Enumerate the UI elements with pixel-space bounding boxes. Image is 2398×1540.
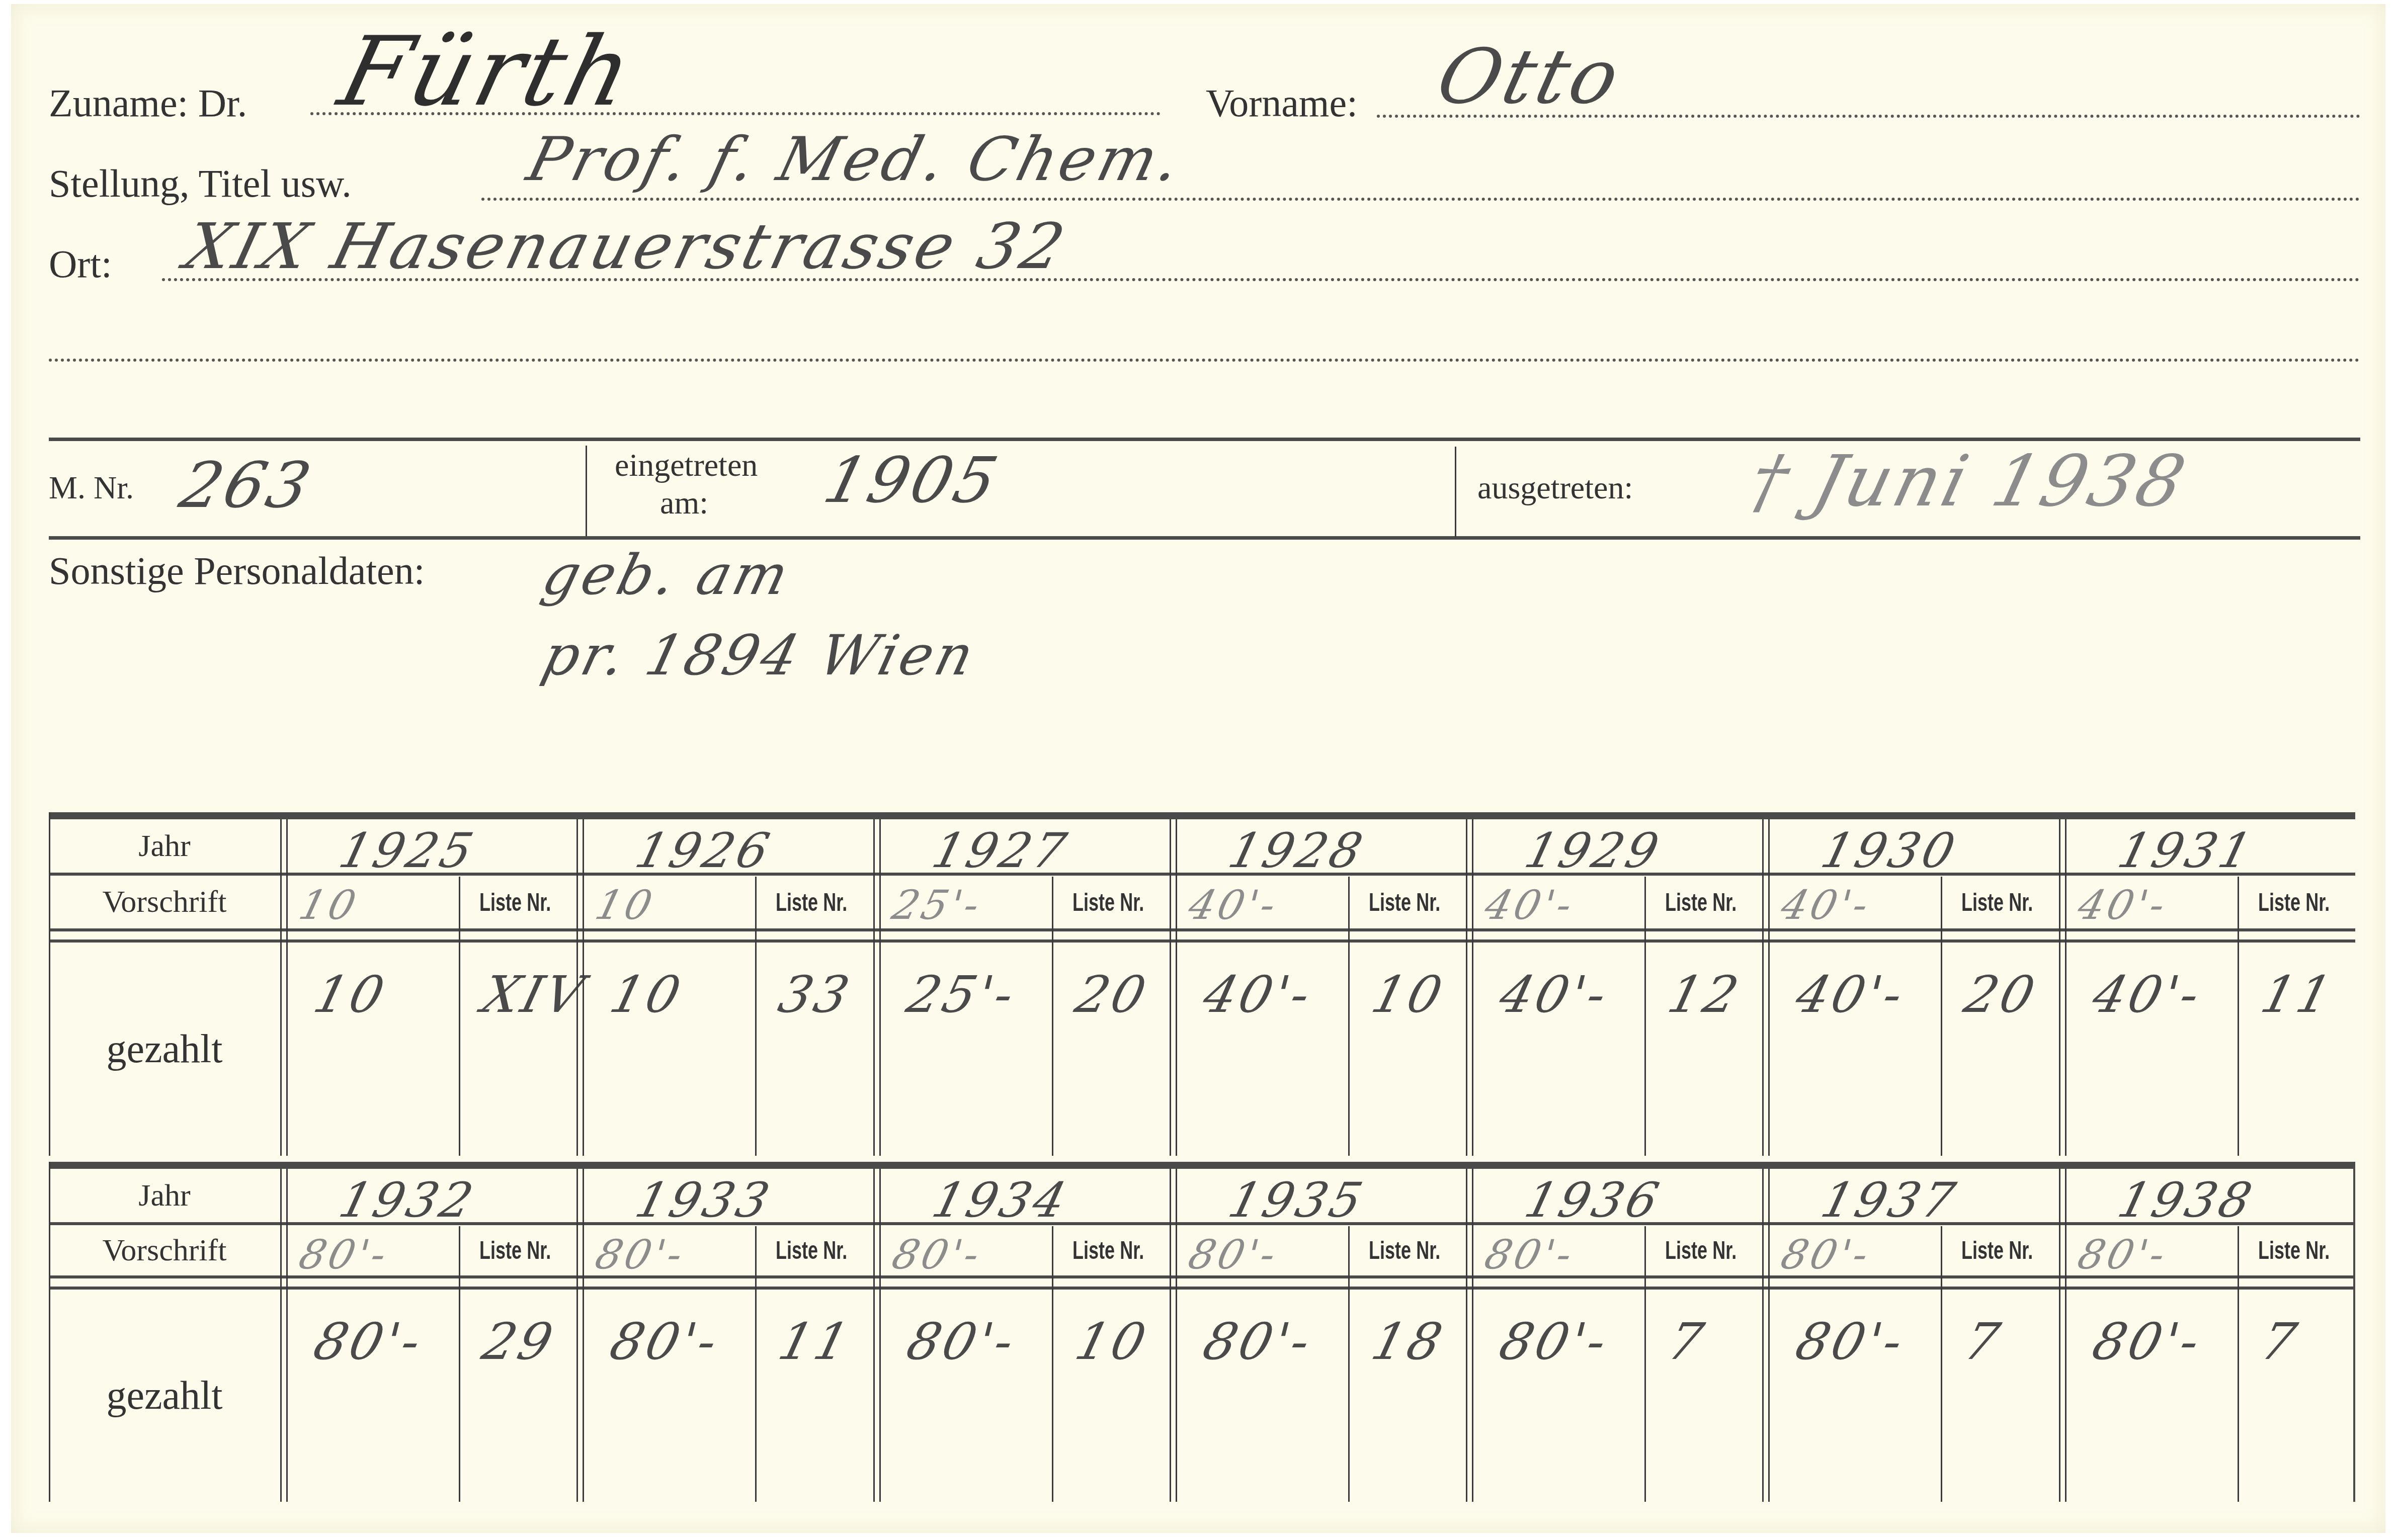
year-separator bbox=[1768, 1169, 1770, 1502]
member-no-value: 263 bbox=[174, 454, 319, 517]
year-value: 1936 bbox=[1520, 1177, 1666, 1225]
year-separator bbox=[280, 1169, 282, 1502]
prescribed-value: 10 bbox=[592, 885, 659, 925]
member-row-bottom-rule bbox=[49, 536, 2360, 540]
paid-value: 10 bbox=[606, 970, 688, 1020]
year-separator bbox=[576, 819, 578, 1156]
paid-value: 80'- bbox=[2088, 1317, 2207, 1367]
paid-value: 80'- bbox=[902, 1317, 1021, 1367]
table-right-edge bbox=[2353, 1162, 2355, 1502]
list-no-value: 7 bbox=[1960, 1317, 2008, 1367]
prescribed-value: 10 bbox=[295, 885, 363, 925]
other-data-label: Sonstige Personaldaten: bbox=[49, 551, 425, 590]
prescribed-value: 80'- bbox=[2074, 1235, 2172, 1275]
prescribed-value: 80'- bbox=[295, 1235, 393, 1275]
prescribed-value: 40'- bbox=[1481, 885, 1579, 925]
position-line bbox=[481, 198, 2360, 201]
list-no-value: 10 bbox=[1070, 1317, 1153, 1367]
year-separator bbox=[1176, 819, 1177, 1156]
list-no-header: Liste Nr. bbox=[767, 1225, 856, 1275]
member-no-label: M. Nr. bbox=[49, 472, 134, 504]
row-label-prescribed: Vorschrift bbox=[49, 1225, 280, 1275]
row-label-year: Jahr bbox=[49, 819, 280, 873]
list-no-header: Liste Nr. bbox=[471, 876, 559, 928]
year-separator bbox=[1170, 1169, 1171, 1502]
list-no-divider bbox=[1644, 1226, 1646, 1502]
year-separator bbox=[583, 1169, 584, 1502]
prescribed-value: 80'- bbox=[888, 1235, 986, 1275]
place-value: XIX Hasenauerstrasse 32 bbox=[179, 215, 1073, 278]
paid-value: 10 bbox=[309, 970, 392, 1020]
list-no-value: 33 bbox=[774, 970, 857, 1020]
list-no-divider bbox=[1348, 1226, 1350, 1502]
year-value: 1932 bbox=[335, 1177, 480, 1225]
prescribed-value: 40'- bbox=[1777, 885, 1875, 925]
joined-label-1: eingetreten bbox=[615, 449, 758, 481]
list-no-header: Liste Nr. bbox=[1360, 876, 1449, 928]
list-no-value: 20 bbox=[1070, 970, 1153, 1020]
list-no-value: 7 bbox=[2256, 1317, 2304, 1367]
year-separator bbox=[2059, 1169, 2060, 1502]
year-separator bbox=[576, 1169, 578, 1502]
prescribed-value: 40'- bbox=[2074, 885, 2172, 925]
row-label-paid: gezahlt bbox=[49, 1290, 280, 1502]
year-separator bbox=[1176, 1169, 1177, 1502]
double-rule-upper bbox=[49, 928, 2355, 931]
list-no-value: 11 bbox=[2256, 970, 2339, 1020]
year-value: 1928 bbox=[1224, 827, 1369, 875]
firstname-value: Otto bbox=[1430, 39, 1629, 115]
list-no-value: 10 bbox=[1367, 970, 1449, 1020]
row-label-prescribed: Vorschrift bbox=[49, 876, 280, 928]
paid-value: 40'- bbox=[2088, 970, 2207, 1020]
list-no-header: Liste Nr. bbox=[1953, 1225, 2042, 1275]
list-no-divider bbox=[2238, 1226, 2239, 1502]
year-separator bbox=[2059, 819, 2060, 1156]
prescribed-value: 25'- bbox=[888, 885, 986, 925]
year-separator bbox=[1466, 819, 1467, 1156]
list-no-header: Liste Nr. bbox=[1657, 1225, 1745, 1275]
year-value: 1929 bbox=[1520, 827, 1666, 875]
other-data-line1: geb. am bbox=[537, 547, 796, 603]
prescribed-value: 40'- bbox=[1185, 885, 1283, 925]
year-separator bbox=[879, 1169, 881, 1502]
position-label: Stellung, Titel usw. bbox=[49, 164, 352, 203]
list-no-header: Liste Nr. bbox=[767, 876, 856, 928]
year-separator bbox=[1466, 1169, 1467, 1502]
list-no-divider bbox=[459, 1226, 460, 1502]
list-no-divider bbox=[1941, 877, 1942, 1156]
position-value: Prof. f. Med. Chem. bbox=[522, 130, 1189, 190]
paid-value: 80'- bbox=[309, 1317, 429, 1367]
year-value: 1935 bbox=[1224, 1177, 1369, 1225]
list-no-value: 18 bbox=[1367, 1317, 1449, 1367]
list-no-value: 12 bbox=[1664, 970, 1746, 1020]
other-data-line2: pr. 1894 Wien bbox=[537, 628, 981, 683]
row-label-year: Jahr bbox=[49, 1169, 280, 1222]
double-rule-lower bbox=[49, 1287, 2355, 1290]
firstname-label: Vorname: bbox=[1206, 83, 1358, 123]
member-divider-1 bbox=[586, 446, 587, 536]
year-value: 1938 bbox=[2113, 1177, 2259, 1225]
left-value: † Juni 1938 bbox=[1743, 447, 2194, 517]
year-separator bbox=[1762, 1169, 1764, 1502]
table-block-top-rule bbox=[49, 1162, 2355, 1169]
list-no-header: Liste Nr. bbox=[2250, 876, 2338, 928]
year-separator bbox=[1768, 819, 1770, 1156]
row-label-paid: gezahlt bbox=[49, 943, 280, 1156]
year-separator bbox=[1762, 819, 1764, 1156]
year-separator bbox=[1472, 1169, 1473, 1502]
year-separator bbox=[2065, 819, 2066, 1156]
year-value: 1930 bbox=[1817, 827, 1962, 875]
year-value: 1937 bbox=[1817, 1177, 1962, 1225]
list-no-value: 7 bbox=[1664, 1317, 1711, 1367]
year-separator bbox=[1472, 819, 1473, 1156]
prescribed-value: 80'- bbox=[592, 1235, 690, 1275]
paid-value: 80'- bbox=[1791, 1317, 1911, 1367]
year-value: 1925 bbox=[335, 827, 480, 875]
paid-value: 80'- bbox=[1495, 1317, 1614, 1367]
list-no-value: 20 bbox=[1960, 970, 2042, 1020]
year-separator bbox=[280, 819, 282, 1156]
double-rule-lower bbox=[49, 939, 2355, 943]
year-value: 1933 bbox=[631, 1177, 776, 1225]
member-divider-2 bbox=[1455, 447, 1456, 537]
list-no-value: XIV bbox=[478, 970, 592, 1020]
list-no-value: 29 bbox=[478, 1317, 560, 1367]
list-no-header: Liste Nr. bbox=[1064, 1225, 1152, 1275]
prescribed-value: 80'- bbox=[1185, 1235, 1283, 1275]
list-no-divider bbox=[1052, 1226, 1053, 1502]
paid-value: 40'- bbox=[1791, 970, 1911, 1020]
prescribed-value: 80'- bbox=[1777, 1235, 1875, 1275]
year-separator bbox=[286, 819, 288, 1156]
surname-label: Zuname: Dr. bbox=[49, 83, 247, 123]
year-separator bbox=[286, 1169, 288, 1502]
list-no-divider bbox=[1052, 877, 1053, 1156]
list-no-divider bbox=[1644, 877, 1646, 1156]
list-no-divider bbox=[755, 877, 757, 1156]
paid-value: 25'- bbox=[902, 970, 1021, 1020]
year-value: 1931 bbox=[2113, 827, 2259, 875]
place-label: Ort: bbox=[49, 244, 112, 284]
list-no-divider bbox=[1348, 877, 1350, 1156]
year-separator bbox=[583, 819, 584, 1156]
list-no-divider bbox=[459, 877, 460, 1156]
list-no-header: Liste Nr. bbox=[1360, 1225, 1449, 1275]
joined-value: 1905 bbox=[818, 449, 1006, 512]
year-separator bbox=[2065, 1169, 2066, 1502]
year-separator bbox=[879, 819, 881, 1156]
paid-value: 80'- bbox=[1198, 1317, 1317, 1367]
year-separator bbox=[873, 1169, 875, 1502]
year-value: 1926 bbox=[631, 827, 776, 875]
list-no-header: Liste Nr. bbox=[2250, 1225, 2338, 1275]
table-block-top-rule bbox=[49, 812, 2355, 819]
left-label: ausgetreten: bbox=[1477, 472, 1633, 504]
joined-label-2: am: bbox=[660, 487, 708, 519]
list-no-header: Liste Nr. bbox=[1953, 876, 2042, 928]
prescribed-value: 80'- bbox=[1481, 1235, 1579, 1275]
paid-value: 40'- bbox=[1495, 970, 1614, 1020]
list-no-header: Liste Nr. bbox=[1064, 876, 1152, 928]
year-separator bbox=[1170, 819, 1171, 1156]
year-value: 1927 bbox=[928, 827, 1073, 875]
surname-value: Fürth bbox=[331, 24, 643, 120]
list-no-divider bbox=[755, 1226, 757, 1502]
year-separator bbox=[873, 819, 875, 1156]
list-no-divider bbox=[2238, 877, 2239, 1156]
year-value: 1934 bbox=[928, 1177, 1073, 1225]
paid-value: 80'- bbox=[606, 1317, 725, 1367]
blank-line bbox=[49, 359, 2360, 362]
paid-value: 40'- bbox=[1198, 970, 1317, 1020]
membership-index-card: Zuname: Dr. Fürth Vorname: Otto Stellung… bbox=[11, 4, 2385, 1533]
list-no-header: Liste Nr. bbox=[1657, 876, 1745, 928]
list-no-header: Liste Nr. bbox=[471, 1225, 559, 1275]
list-no-divider bbox=[1941, 1226, 1942, 1502]
list-no-value: 11 bbox=[774, 1317, 857, 1367]
